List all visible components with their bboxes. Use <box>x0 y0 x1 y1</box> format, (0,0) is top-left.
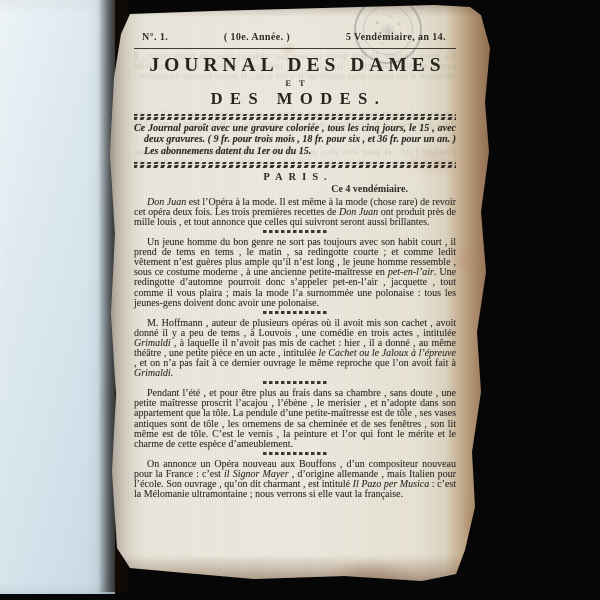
article-paragraph: Pendant l’été , et pour être plus au fra… <box>134 389 456 450</box>
paragraph-separator <box>263 452 327 455</box>
journal-page: Un jeune homme du bon genre ne sort pas … <box>104 2 496 590</box>
article-paragraph: On annonce un Opéra nouveau aux Bouffons… <box>134 460 456 500</box>
issue-number: N°. 1. <box>142 32 168 43</box>
section-heading-paris: PARIS. <box>134 172 456 183</box>
prospectus-paragraph: Ce Journal paroît avec une gravure color… <box>134 123 456 157</box>
dateline: Ce 4 vendémiaire. <box>134 184 456 195</box>
dashed-rule-bottom <box>134 162 456 168</box>
article-paragraph: M. Hoffmann , auteur de plusieurs opéras… <box>134 319 456 380</box>
paragraph-separator <box>263 311 327 314</box>
dashed-rule-top <box>134 114 456 120</box>
masthead-title: JOURNAL DES DAMES <box>134 55 456 77</box>
article-paragraph: Don Juan est l’Opéra à la mode. Il est m… <box>134 198 456 228</box>
article-list: Don Juan est l’Opéra à la mode. Il est m… <box>134 198 456 500</box>
book-photo: Un jeune homme du bon genre ne sort pas … <box>0 0 600 600</box>
paragraph-separator <box>263 381 327 384</box>
volume-year: ( 10e. Année. ) <box>224 32 290 43</box>
masthead-et: ET <box>134 78 456 88</box>
header-rule <box>134 48 456 49</box>
article-paragraph: Un jeune homme du bon genre ne sort pas … <box>134 238 456 309</box>
paragraph-separator <box>263 230 327 233</box>
masthead-subtitle: DES MODES. <box>134 89 456 109</box>
photo-background: { "colors": { "background": "#070606", "… <box>0 0 600 600</box>
printed-content: N°. 1. ( 10e. Année. ) 5 Vendémiaire, an… <box>134 32 456 502</box>
page-header: N°. 1. ( 10e. Année. ) 5 Vendémiaire, an… <box>134 32 456 43</box>
issue-date: 5 Vendémiaire, an 14. <box>346 32 446 43</box>
